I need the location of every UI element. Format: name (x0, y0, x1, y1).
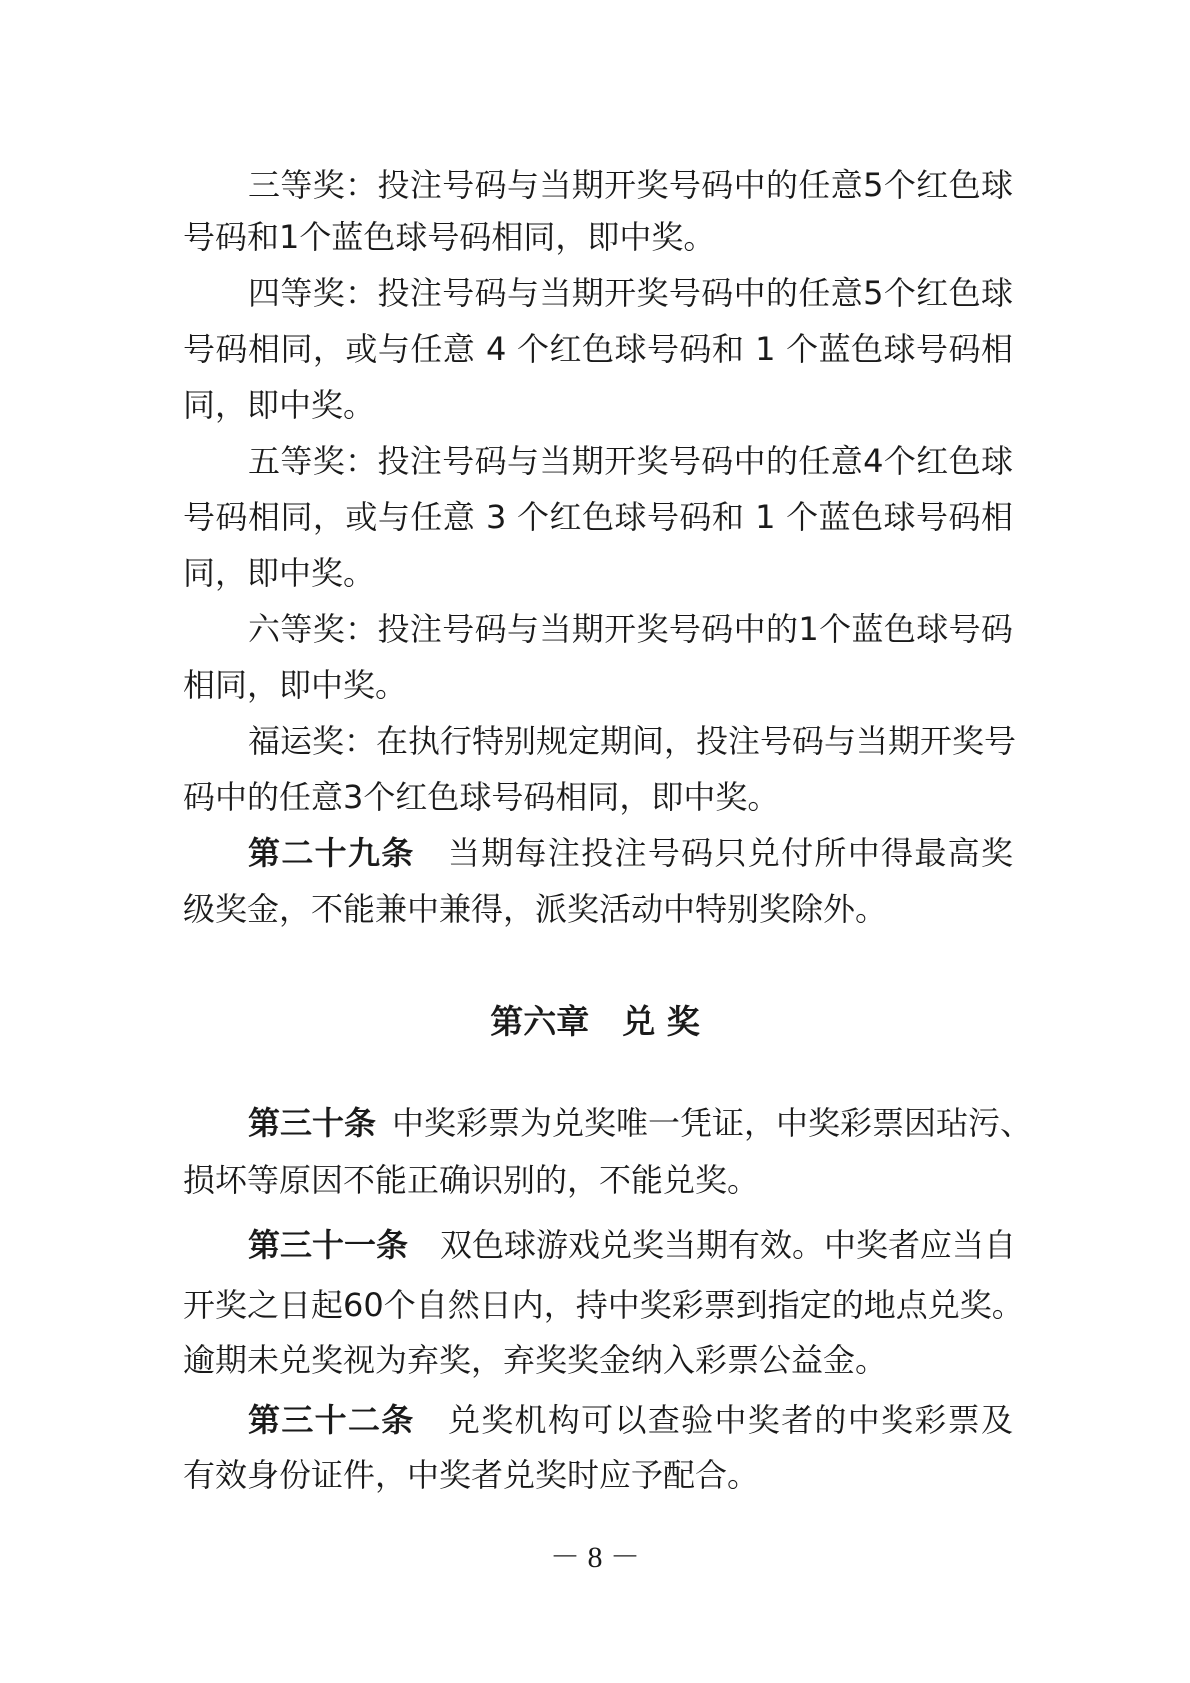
article-31-label: 第三十一条 (248, 1226, 408, 1264)
article-31-line-2: 开奖之日起60个自然日内，持中奖彩票到指定的地点兑奖。 (183, 1285, 1013, 1325)
article-32-label: 第三十二条 (248, 1401, 415, 1439)
paragraph-line: 码中的任意3个红色球号码相同，即中奖。 (183, 777, 1013, 817)
paragraph-line: 三等奖：投注号码与当期开奖号码中的任意5个红色球 (248, 165, 1013, 205)
paragraph-line: 福运奖：在执行特别规定期间，投注号码与当期开奖号 (248, 721, 1013, 761)
paragraph-line: 同，即中奖。 (183, 385, 1013, 425)
article-31-line-3: 逾期未兑奖视为弃奖，弃奖奖金纳入彩票公益金。 (183, 1340, 1013, 1380)
paragraph-line: 四等奖：投注号码与当期开奖号码中的任意5个红色球 (248, 273, 1013, 313)
paragraph-line: 五等奖：投注号码与当期开奖号码中的任意4个红色球 (248, 441, 1013, 481)
article-30-line-1: 第三十条 中奖彩票为兑奖唯一凭证，中奖彩票因玷污、 (248, 1103, 1013, 1143)
article-29-text-1: 当期每注投注号码只兑付所中得最高奖 (448, 834, 1013, 872)
article-32-text-1: 兑奖机构可以查验中奖者的中奖彩票及 (448, 1401, 1013, 1439)
article-30-line-2: 损坏等原因不能正确识别的，不能兑奖。 (183, 1160, 1013, 1200)
article-30-label: 第三十条 (248, 1104, 376, 1142)
article-31-line-1: 第三十一条 双色球游戏兑奖当期有效。中奖者应当自 (248, 1225, 1013, 1265)
paragraph-line: 号码和1个蓝色球号码相同，即中奖。 (183, 217, 1013, 257)
article-29-label: 第二十九条 (248, 834, 415, 872)
paragraph-line: 相同，即中奖。 (183, 665, 1013, 705)
article-32-line-1: 第三十二条 兑奖机构可以查验中奖者的中奖彩票及 (248, 1400, 1013, 1440)
article-32-line-2: 有效身份证件，中奖者兑奖时应予配合。 (183, 1455, 1013, 1495)
article-29-line-1: 第二十九条 当期每注投注号码只兑付所中得最高奖 (248, 833, 1013, 873)
article-30-text-1: 中奖彩票为兑奖唯一凭证，中奖彩票因玷污、 (392, 1104, 1032, 1142)
paragraph-line: 六等奖：投注号码与当期开奖号码中的1个蓝色球号码 (248, 609, 1013, 649)
page-number: － 8 － (0, 1540, 1190, 1576)
paragraph-line: 同，即中奖。 (183, 553, 1013, 593)
article-31-text-1: 双色球游戏兑奖当期有效。中奖者应当自 (440, 1226, 1016, 1264)
paragraph-line: 号码相同，或与任意 4 个红色球号码和 1 个蓝色球号码相 (183, 329, 1013, 369)
paragraph-line: 号码相同，或与任意 3 个红色球号码和 1 个蓝色球号码相 (183, 497, 1013, 537)
chapter-title: 第六章 兑 奖 (0, 1002, 1190, 1042)
article-29-line-2: 级奖金，不能兼中兼得，派奖活动中特别奖除外。 (183, 889, 1013, 929)
